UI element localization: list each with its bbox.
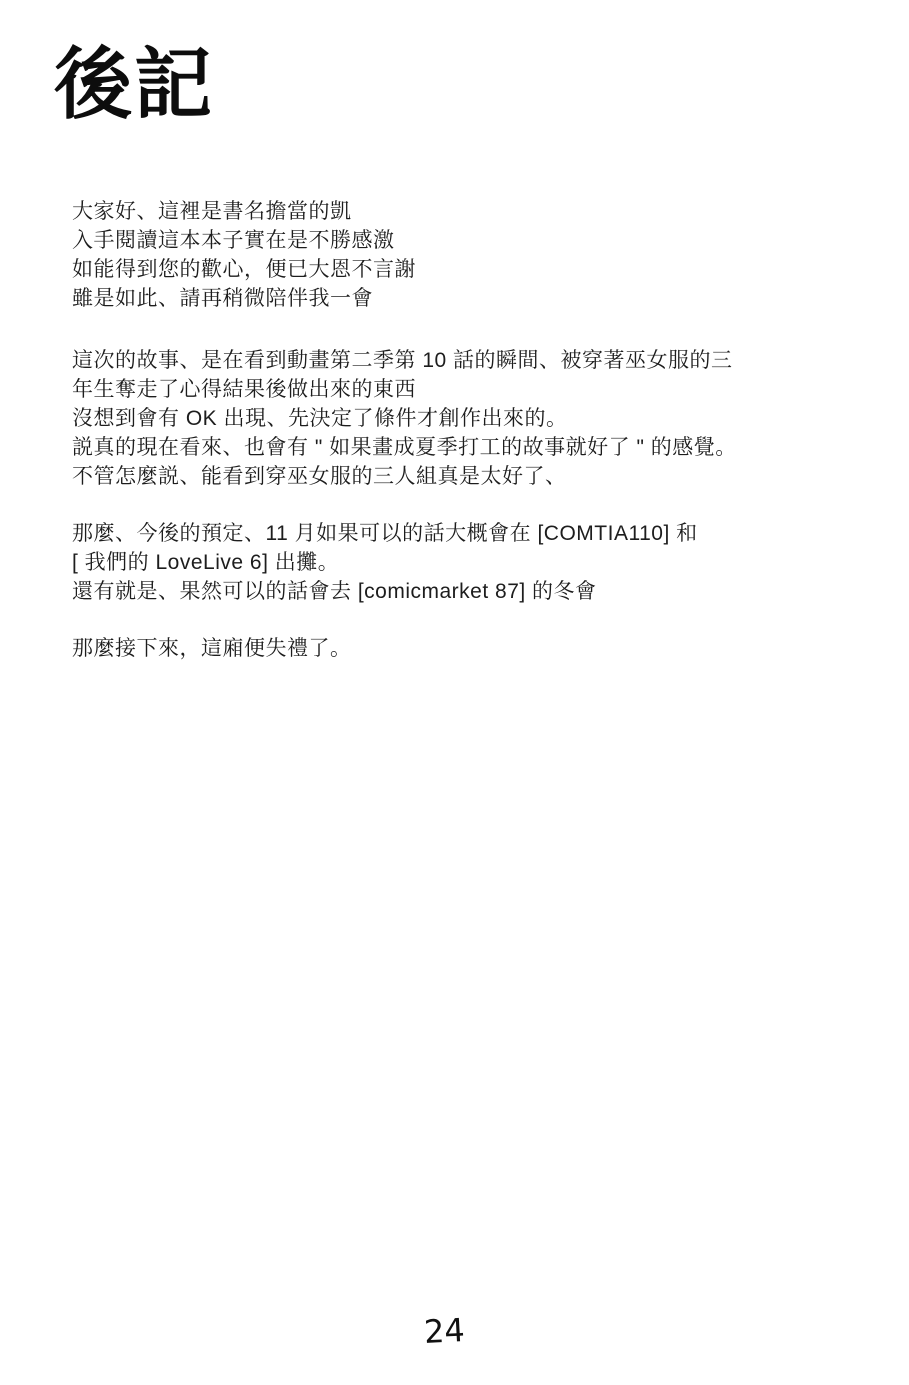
afterword-body: 大家好、這裡是書名擔當的凱入手閱讀這本本子實在是不勝感激如能得到您的歡心，便已大… xyxy=(72,197,862,691)
text-line: 年生奪走了心得結果後做出來的東西 xyxy=(72,375,862,404)
text-line: 入手閱讀這本本子實在是不勝感激 xyxy=(72,226,862,255)
text-line: 如能得到您的歡心，便已大恩不言謝 xyxy=(72,255,862,284)
text-line: 大家好、這裡是書名擔當的凱 xyxy=(72,197,862,226)
text-line: 雖是如此、請再稍微陪伴我一會 xyxy=(72,284,862,313)
text-line: 這次的故事、是在看到動畫第二季第 10 話的瞬間、被穿著巫女服的三 xyxy=(72,346,862,375)
paragraph-greeting: 大家好、這裡是書名擔當的凱入手閱讀這本本子實在是不勝感激如能得到您的歡心，便已大… xyxy=(72,197,862,313)
paragraph-closing: 那麼接下來，這廂便失禮了。 xyxy=(72,634,862,663)
text-line: 那麼、今後的預定、11 月如果可以的話大概會在 [COMTIA110] 和 xyxy=(72,519,862,548)
text-line: 不管怎麼説、能看到穿巫女服的三人組真是太好了、 xyxy=(72,462,862,491)
text-line: 那麼接下來，這廂便失禮了。 xyxy=(72,634,862,663)
text-line: 沒想到會有 OK 出現、先決定了條件才創作出來的。 xyxy=(72,404,862,433)
text-line: [ 我們的 LoveLive 6] 出攤。 xyxy=(72,548,862,577)
afterword-page: 後記 大家好、這裡是書名擔當的凱入手閱讀這本本子實在是不勝感激如能得到您的歡心，… xyxy=(0,0,909,1385)
text-line: 説真的現在看來、也會有 " 如果畫成夏季打工的故事就好了 " 的感覺。 xyxy=(72,433,862,462)
paragraph-future-plans: 那麼、今後的預定、11 月如果可以的話大概會在 [COMTIA110] 和[ 我… xyxy=(72,519,862,606)
paragraph-story-background: 這次的故事、是在看到動畫第二季第 10 話的瞬間、被穿著巫女服的三年生奪走了心得… xyxy=(72,346,862,491)
text-line: 還有就是、果然可以的話會去 [comicmarket 87] 的冬會 xyxy=(72,577,862,606)
page-number: 24 xyxy=(423,1311,466,1351)
page-title: 後記 xyxy=(54,42,214,128)
